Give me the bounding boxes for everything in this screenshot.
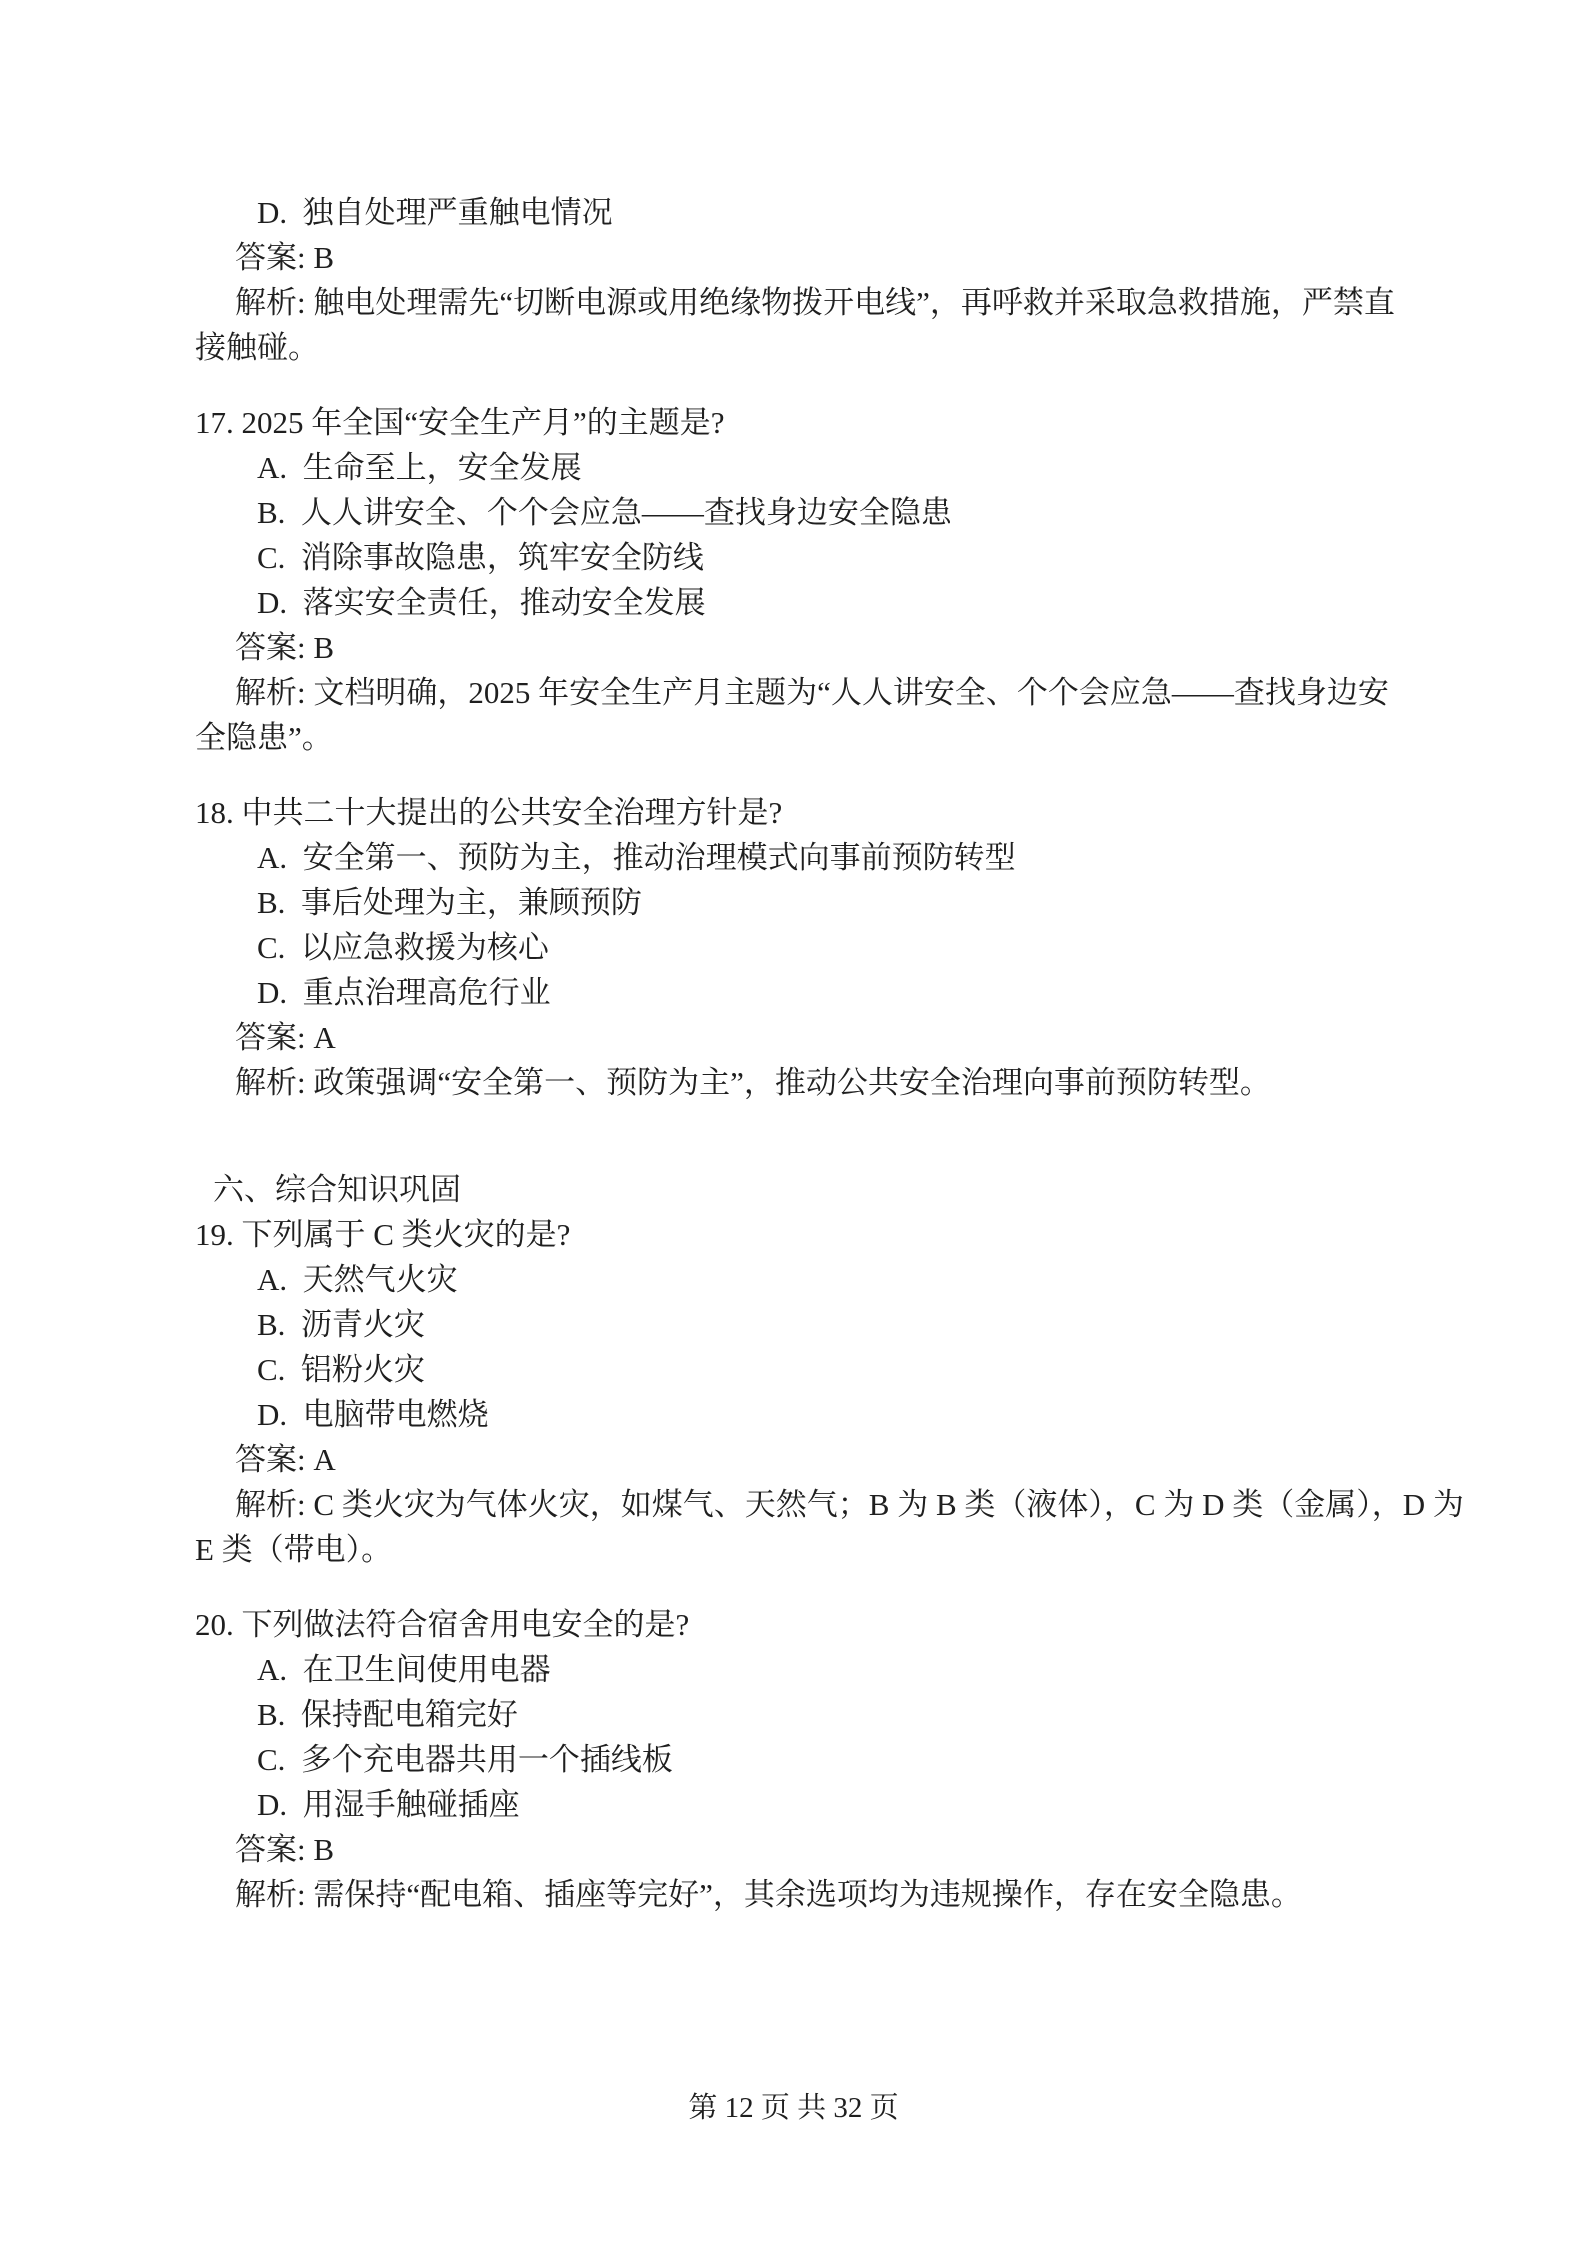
- option-line: B. 沥青火灾: [195, 1302, 1464, 1347]
- question-line: 17. 2025 年全国“安全生产月”的主题是?: [195, 400, 1464, 445]
- page-number: 第 12 页 共 32 页: [0, 2088, 1587, 2128]
- analysis-line: 解析: C 类火灾为气体火灾，如煤气、天然气；B 为 B 类（液体），C 为 D…: [195, 1482, 1464, 1527]
- option-line: C. 消除事故隐患，筑牢安全防线: [195, 535, 1464, 580]
- analysis-continuation-line: 接触碰。: [195, 325, 1464, 370]
- analysis-line: 解析: 政策强调“安全第一、预防为主”，推动公共安全治理向事前预防转型。: [195, 1060, 1464, 1105]
- option-line: D. 电脑带电燃烧: [195, 1392, 1464, 1437]
- option-line: A. 天然气火灾: [195, 1257, 1464, 1302]
- section-heading: 六、综合知识巩固: [195, 1167, 1464, 1212]
- answer-line: 答案: A: [195, 1437, 1464, 1482]
- option-line: B. 保持配电箱完好: [195, 1692, 1464, 1737]
- option-line: D. 独自处理严重触电情况: [195, 190, 1464, 235]
- analysis-line: 解析: 需保持“配电箱、插座等完好”，其余选项均为违规操作，存在安全隐患。: [195, 1872, 1464, 1917]
- option-line: D. 重点治理高危行业: [195, 970, 1464, 1015]
- document-body: D. 独自处理严重触电情况答案: B解析: 触电处理需先“切断电源或用绝缘物拨开…: [195, 190, 1464, 1917]
- answer-line: 答案: B: [195, 235, 1464, 280]
- answer-line: 答案: A: [195, 1015, 1464, 1060]
- analysis-line: 解析: 文档明确，2025 年安全生产月主题为“人人讲安全、个个会应急——查找身…: [195, 670, 1464, 715]
- question-line: 19. 下列属于 C 类火灾的是?: [195, 1212, 1464, 1257]
- option-line: A. 生命至上，安全发展: [195, 445, 1464, 490]
- option-line: C. 铝粉火灾: [195, 1347, 1464, 1392]
- answer-line: 答案: B: [195, 625, 1464, 670]
- analysis-continuation-line: 全隐患”。: [195, 715, 1464, 760]
- document-page: D. 独自处理严重触电情况答案: B解析: 触电处理需先“切断电源或用绝缘物拨开…: [0, 0, 1587, 2245]
- option-line: D. 用湿手触碰插座: [195, 1782, 1464, 1827]
- option-line: B. 人人讲安全、个个会应急——查找身边安全隐患: [195, 490, 1464, 535]
- answer-line: 答案: B: [195, 1827, 1464, 1872]
- option-line: C. 以应急救援为核心: [195, 925, 1464, 970]
- question-line: 18. 中共二十大提出的公共安全治理方针是?: [195, 790, 1464, 835]
- option-line: B. 事后处理为主，兼顾预防: [195, 880, 1464, 925]
- option-line: A. 在卫生间使用电器: [195, 1647, 1464, 1692]
- option-line: D. 落实安全责任，推动安全发展: [195, 580, 1464, 625]
- analysis-line: 解析: 触电处理需先“切断电源或用绝缘物拨开电线”，再呼救并采取急救措施，严禁直: [195, 280, 1464, 325]
- option-line: A. 安全第一、预防为主，推动治理模式向事前预防转型: [195, 835, 1464, 880]
- option-line: C. 多个充电器共用一个插线板: [195, 1737, 1464, 1782]
- question-line: 20. 下列做法符合宿舍用电安全的是?: [195, 1602, 1464, 1647]
- analysis-continuation-line: E 类（带电）。: [195, 1527, 1464, 1572]
